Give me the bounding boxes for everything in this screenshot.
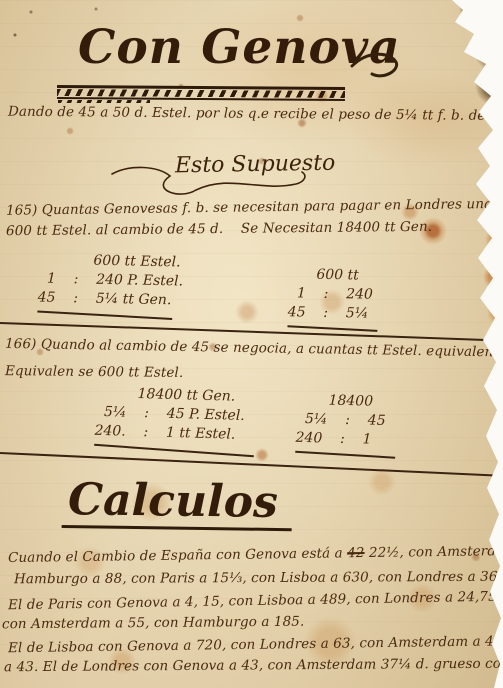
work-166-right-header: 18400 (328, 392, 396, 413)
work-165-right: 600 tt 1 : 240 45 : 5¼ (287, 265, 378, 329)
calc-line5: El de Lisboa con Genova a 720, con Londr… (8, 632, 503, 656)
work-165-left: 600 tt Estel. 1 : 240 P. Estel. 45 : 5¼ … (37, 250, 183, 315)
calc-line2: Hamburgo a 88, con Paris a 15⅓, con Lisb… (14, 569, 503, 588)
work-166-left-row2: 240. : 1 tt Estel. (94, 422, 254, 445)
work-166-right-row2: 240 : 1 (295, 429, 395, 450)
work-165-right-underline (287, 325, 377, 332)
problem-166-number: 166) (5, 336, 37, 353)
problem-166-text1: Quando al cambio de 45 se negocia, a cua… (41, 336, 503, 362)
title-swash-flourish (350, 48, 400, 82)
work-165-left-header: 600 tt Estel. (93, 252, 183, 273)
calc-line1-struck-value: 42 (347, 545, 365, 561)
problem-166-line2: Equivalen se 600 tt Estel. (5, 363, 183, 381)
problem-166-line1: 166) Quando al cambio de 45 se negocia, … (5, 336, 503, 362)
title-decorative-rule-left (58, 100, 150, 103)
work-165-left-underline (37, 310, 172, 320)
problem-165-line2: 600 tt Estel. al cambio de 45 d. Se Nece… (6, 219, 432, 239)
calc-line1-prefix: Cuando el Cambio de España con Genova es… (8, 545, 347, 566)
problem-165-number: 165) (6, 202, 38, 218)
burnt-corner-damage (433, 0, 503, 120)
work-165-right-header: 600 tt (316, 266, 378, 286)
work-166-right-underline (295, 451, 395, 459)
opening-line: Dando de 45 a 50 d. Estel. por los q.e r… (8, 104, 503, 125)
problem-165-line1: 165) Quantas Genovesas f. b. se necesita… (6, 195, 503, 219)
title-decorative-rule (57, 85, 345, 101)
work-166-right-row1: 5¼ : 45 (296, 410, 396, 431)
manuscript-scan: Con Genova Dando de 45 a 50 d. Estel. po… (0, 0, 503, 688)
calc-line1-suffix: 22½, con Amsterdam a 95, con (364, 542, 503, 561)
calc-line3: El de Paris con Genova a 4, 15, con Lisb… (8, 589, 497, 614)
work-166-left: 18400 tt Gen. 5¼ : 45 P. Estel. 240. : 1… (94, 384, 256, 450)
calc-line1: Cuando el Cambio de España con Genova es… (8, 542, 503, 566)
work-165-right-row1: 1 : 240 (288, 284, 378, 305)
calc-line6: a 43. El de Londres con Genova a 43, con… (4, 655, 503, 675)
work-165-left-row2: 45 : 5¼ tt Gen. (37, 288, 182, 310)
aged-paper-page: Con Genova Dando de 45 a 50 d. Estel. po… (0, 0, 503, 688)
calculos-title: Calculos (62, 474, 293, 531)
work-166-right: 18400 5¼ : 45 240 : 1 (295, 391, 396, 455)
calc-line4: con Amsterdam a 55, con Hamburgo a 185. (2, 614, 304, 633)
work-166-left-underline (94, 444, 254, 457)
work-165-right-row2: 45 : 5¼ (288, 303, 378, 324)
heading-flourish (110, 160, 310, 200)
